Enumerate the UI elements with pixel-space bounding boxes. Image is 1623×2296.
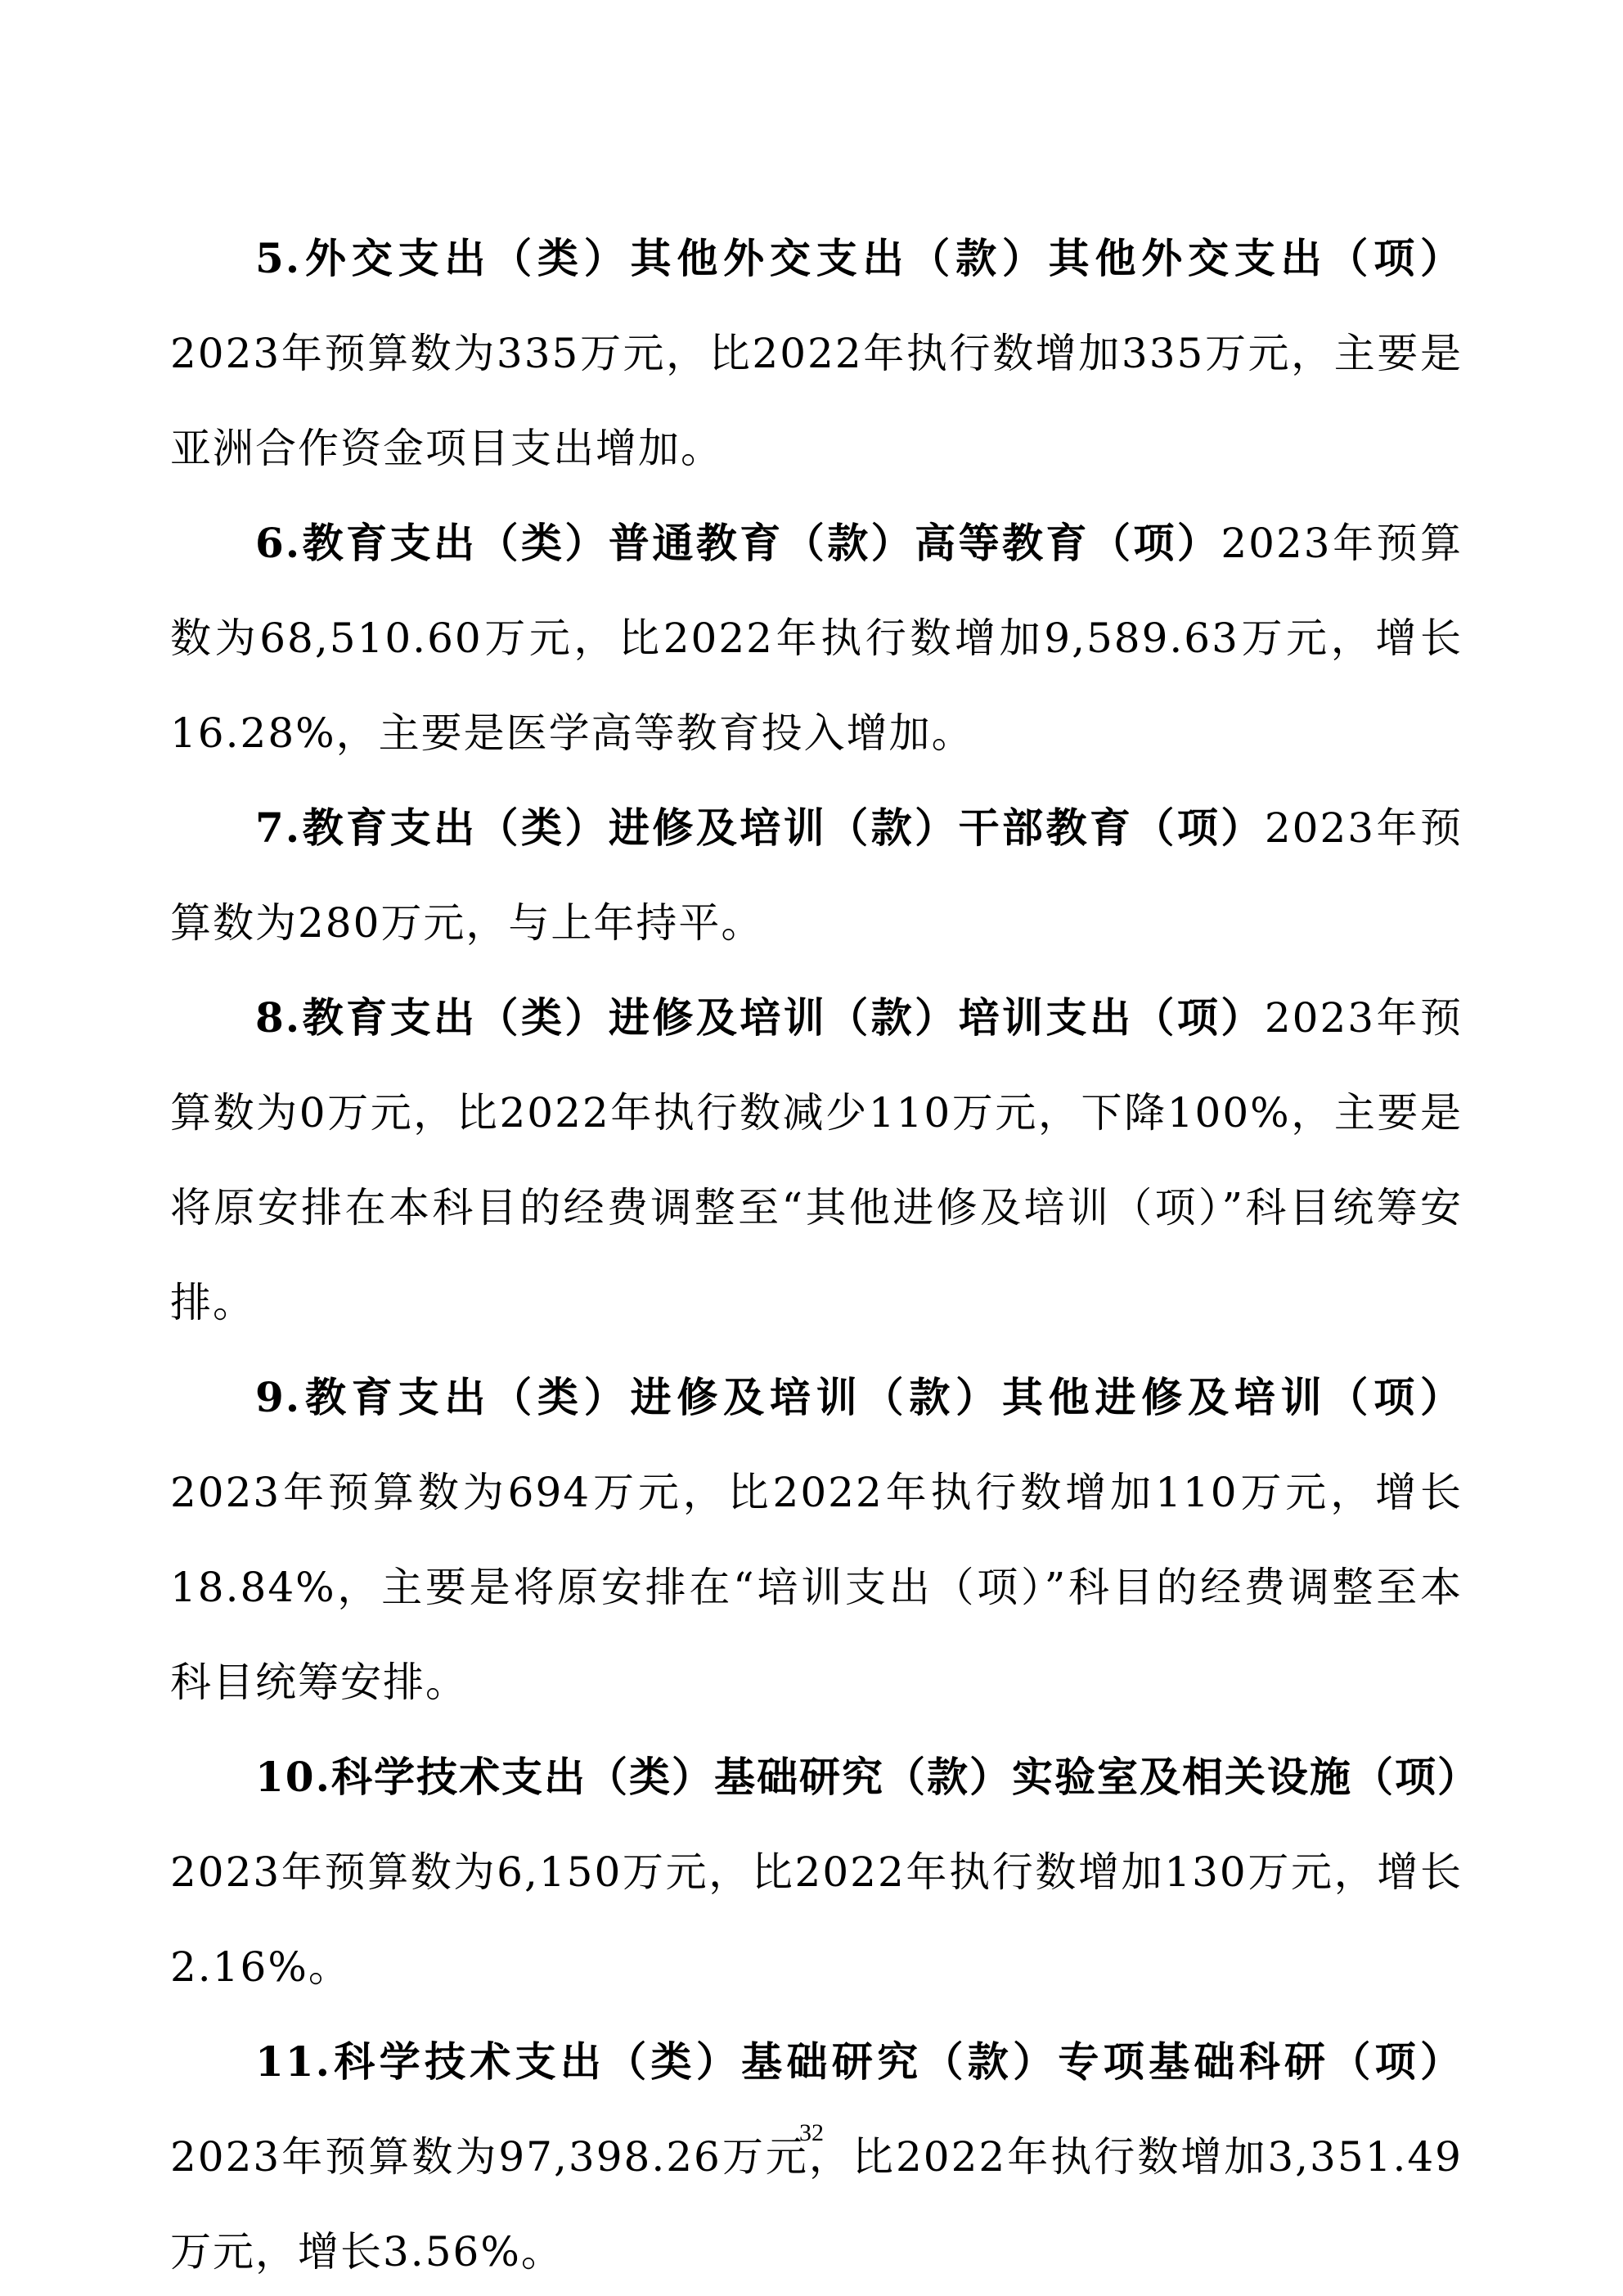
paragraph-body: 2023年预算数为0万元，比2022年执行数减少110万元，下降100%，主要是… [170,994,1463,1326]
paragraph-item-9: 9.教育支出（类）进修及培训（款）其他进修及培训（项）2023年预算数为694万… [170,1350,1463,1730]
paragraph-body: 2023年预算数为6,150万元，比2022年执行数增加130万元，增长2.16… [170,1848,1463,1991]
paragraph-heading: 11.科学技术支出（类）基础研究（款）专项基础科研（项） [255,2037,1463,2086]
paragraph-heading: 6.教育支出（类）普通教育（款）高等教育（项） [255,519,1221,567]
paragraph-heading: 10.科学技术支出（类）基础研究（款）实验室及相关设施（项） [255,1753,1480,1801]
paragraph-item-5: 5.外交支出（类）其他外交支出（款）其他外交支出（项）2023年预算数为335万… [170,211,1463,496]
paragraph-body: 2023年预算数为97,398.26万元，比2022年执行数增加3,351.49… [170,2133,1463,2276]
paragraph-body: 2023年预算数为335万元，比2022年执行数增加335万元，主要是亚洲合作资… [170,330,1463,472]
paragraph-item-11: 11.科学技术支出（类）基础研究（款）专项基础科研（项）2023年预算数为97,… [170,2015,1463,2296]
paragraph-heading: 7.教育支出（类）进修及培训（款）干部教育（项） [255,804,1265,852]
paragraph-item-8: 8.教育支出（类）进修及培训（款）培训支出（项）2023年预算数为0万元，比20… [170,970,1463,1350]
document-body: 5.外交支出（类）其他外交支出（款）其他外交支出（项）2023年预算数为335万… [170,211,1463,2296]
paragraph-heading: 8.教育支出（类）进修及培训（款）培训支出（项） [255,993,1265,1042]
paragraph-item-10: 10.科学技术支出（类）基础研究（款）实验室及相关设施（项）2023年预算数为6… [170,1730,1463,2015]
paragraph-body: 2023年预算数为694万元，比2022年执行数增加110万元，增长18.84%… [170,1469,1463,1706]
paragraph-item-6: 6.教育支出（类）普通教育（款）高等教育（项）2023年预算数为68,510.6… [170,496,1463,781]
page-number: 32 [0,2119,1623,2147]
paragraph-heading: 9.教育支出（类）进修及培训（款）其他进修及培训（项） [255,1373,1463,1421]
paragraph-item-7: 7.教育支出（类）进修及培训（款）干部教育（项）2023年预算数为280万元，与… [170,781,1463,970]
paragraph-heading: 5.外交支出（类）其他外交支出（款）其他外交支出（项） [255,234,1463,282]
